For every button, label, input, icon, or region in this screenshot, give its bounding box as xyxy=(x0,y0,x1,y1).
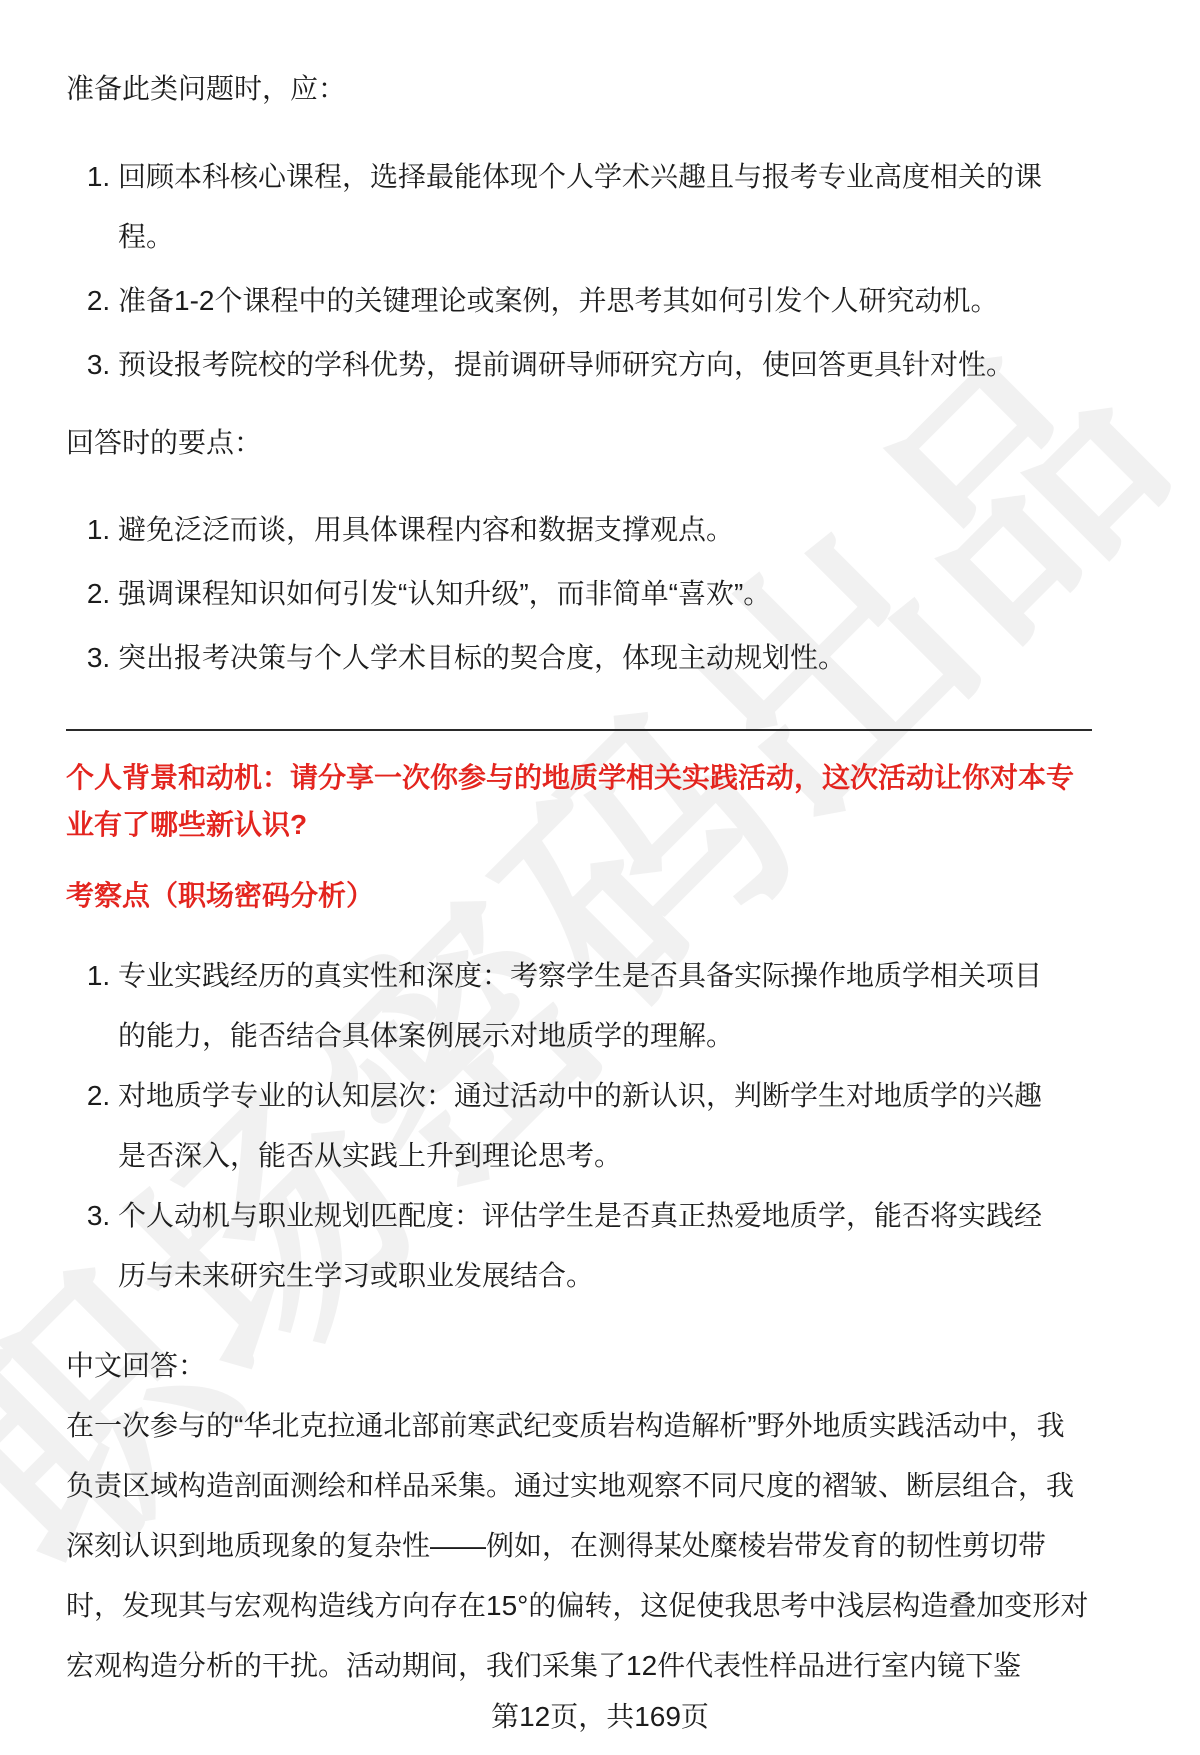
assessment-points-heading: 考察点（职场密码分析） xyxy=(66,872,1092,919)
list-item: 准备1-2个课程中的关键理论或案例，并思考其如何引发个人研究动机。 xyxy=(118,271,1068,331)
list-item: 对地质学专业的认知层次：通过活动中的新认识，判断学生对地质学的兴趣是否深入，能否… xyxy=(118,1066,1068,1186)
list-item: 预设报考院校的学科优势，提前调研导师研究方向，使回答更具针对性。 xyxy=(118,335,1068,395)
page-number-footer: 第12页，共169页 xyxy=(0,1687,1200,1747)
answer-points-heading: 回答时的要点： xyxy=(66,413,1092,473)
answer-language-label: 中文回答： xyxy=(66,1336,1092,1396)
page-content: 准备此类问题时，应： 回顾本科核心课程，选择最能体现个人学术兴趣且与报考专业高度… xyxy=(0,59,1158,1696)
prep-section-heading: 准备此类问题时，应： xyxy=(66,59,1092,119)
prep-list: 回顾本科核心课程，选择最能体现个人学术兴趣且与报考专业高度相关的课程。准备1-2… xyxy=(66,147,1068,395)
section-divider xyxy=(66,729,1092,731)
list-item: 个人动机与职业规划匹配度：评估学生是否真正热爱地质学，能否将实践经历与未来研究生… xyxy=(118,1186,1068,1306)
answer-points-list: 避免泛泛而谈，用具体课程内容和数据支撑观点。强调课程知识如何引发“认知升级”，而… xyxy=(66,500,1068,688)
list-item: 避免泛泛而谈，用具体课程内容和数据支撑观点。 xyxy=(118,500,1068,560)
document-page: 职场密码出品 准备此类问题时，应： 回顾本科核心课程，选择最能体现个人学术兴趣且… xyxy=(0,0,1200,1755)
assessment-points-list: 专业实践经历的真实性和深度：考察学生是否具备实际操作地质学相关项目的能力，能否结… xyxy=(66,946,1068,1306)
list-item: 强调课程知识如何引发“认知升级”，而非简单“喜欢”。 xyxy=(118,564,1068,624)
list-item: 突出报考决策与个人学术目标的契合度，体现主动规划性。 xyxy=(118,628,1068,688)
list-item: 专业实践经历的真实性和深度：考察学生是否具备实际操作地质学相关项目的能力，能否结… xyxy=(118,946,1068,1066)
question-title: 个人背景和动机：请分享一次你参与的地质学相关实践活动，这次活动让你对本专业有了哪… xyxy=(66,754,1092,848)
list-item: 回顾本科核心课程，选择最能体现个人学术兴趣且与报考专业高度相关的课程。 xyxy=(118,147,1068,267)
answer-paragraph: 在一次参与的“华北克拉通北部前寒武纪变质岩构造解析”野外地质实践活动中，我负责区… xyxy=(66,1396,1092,1696)
